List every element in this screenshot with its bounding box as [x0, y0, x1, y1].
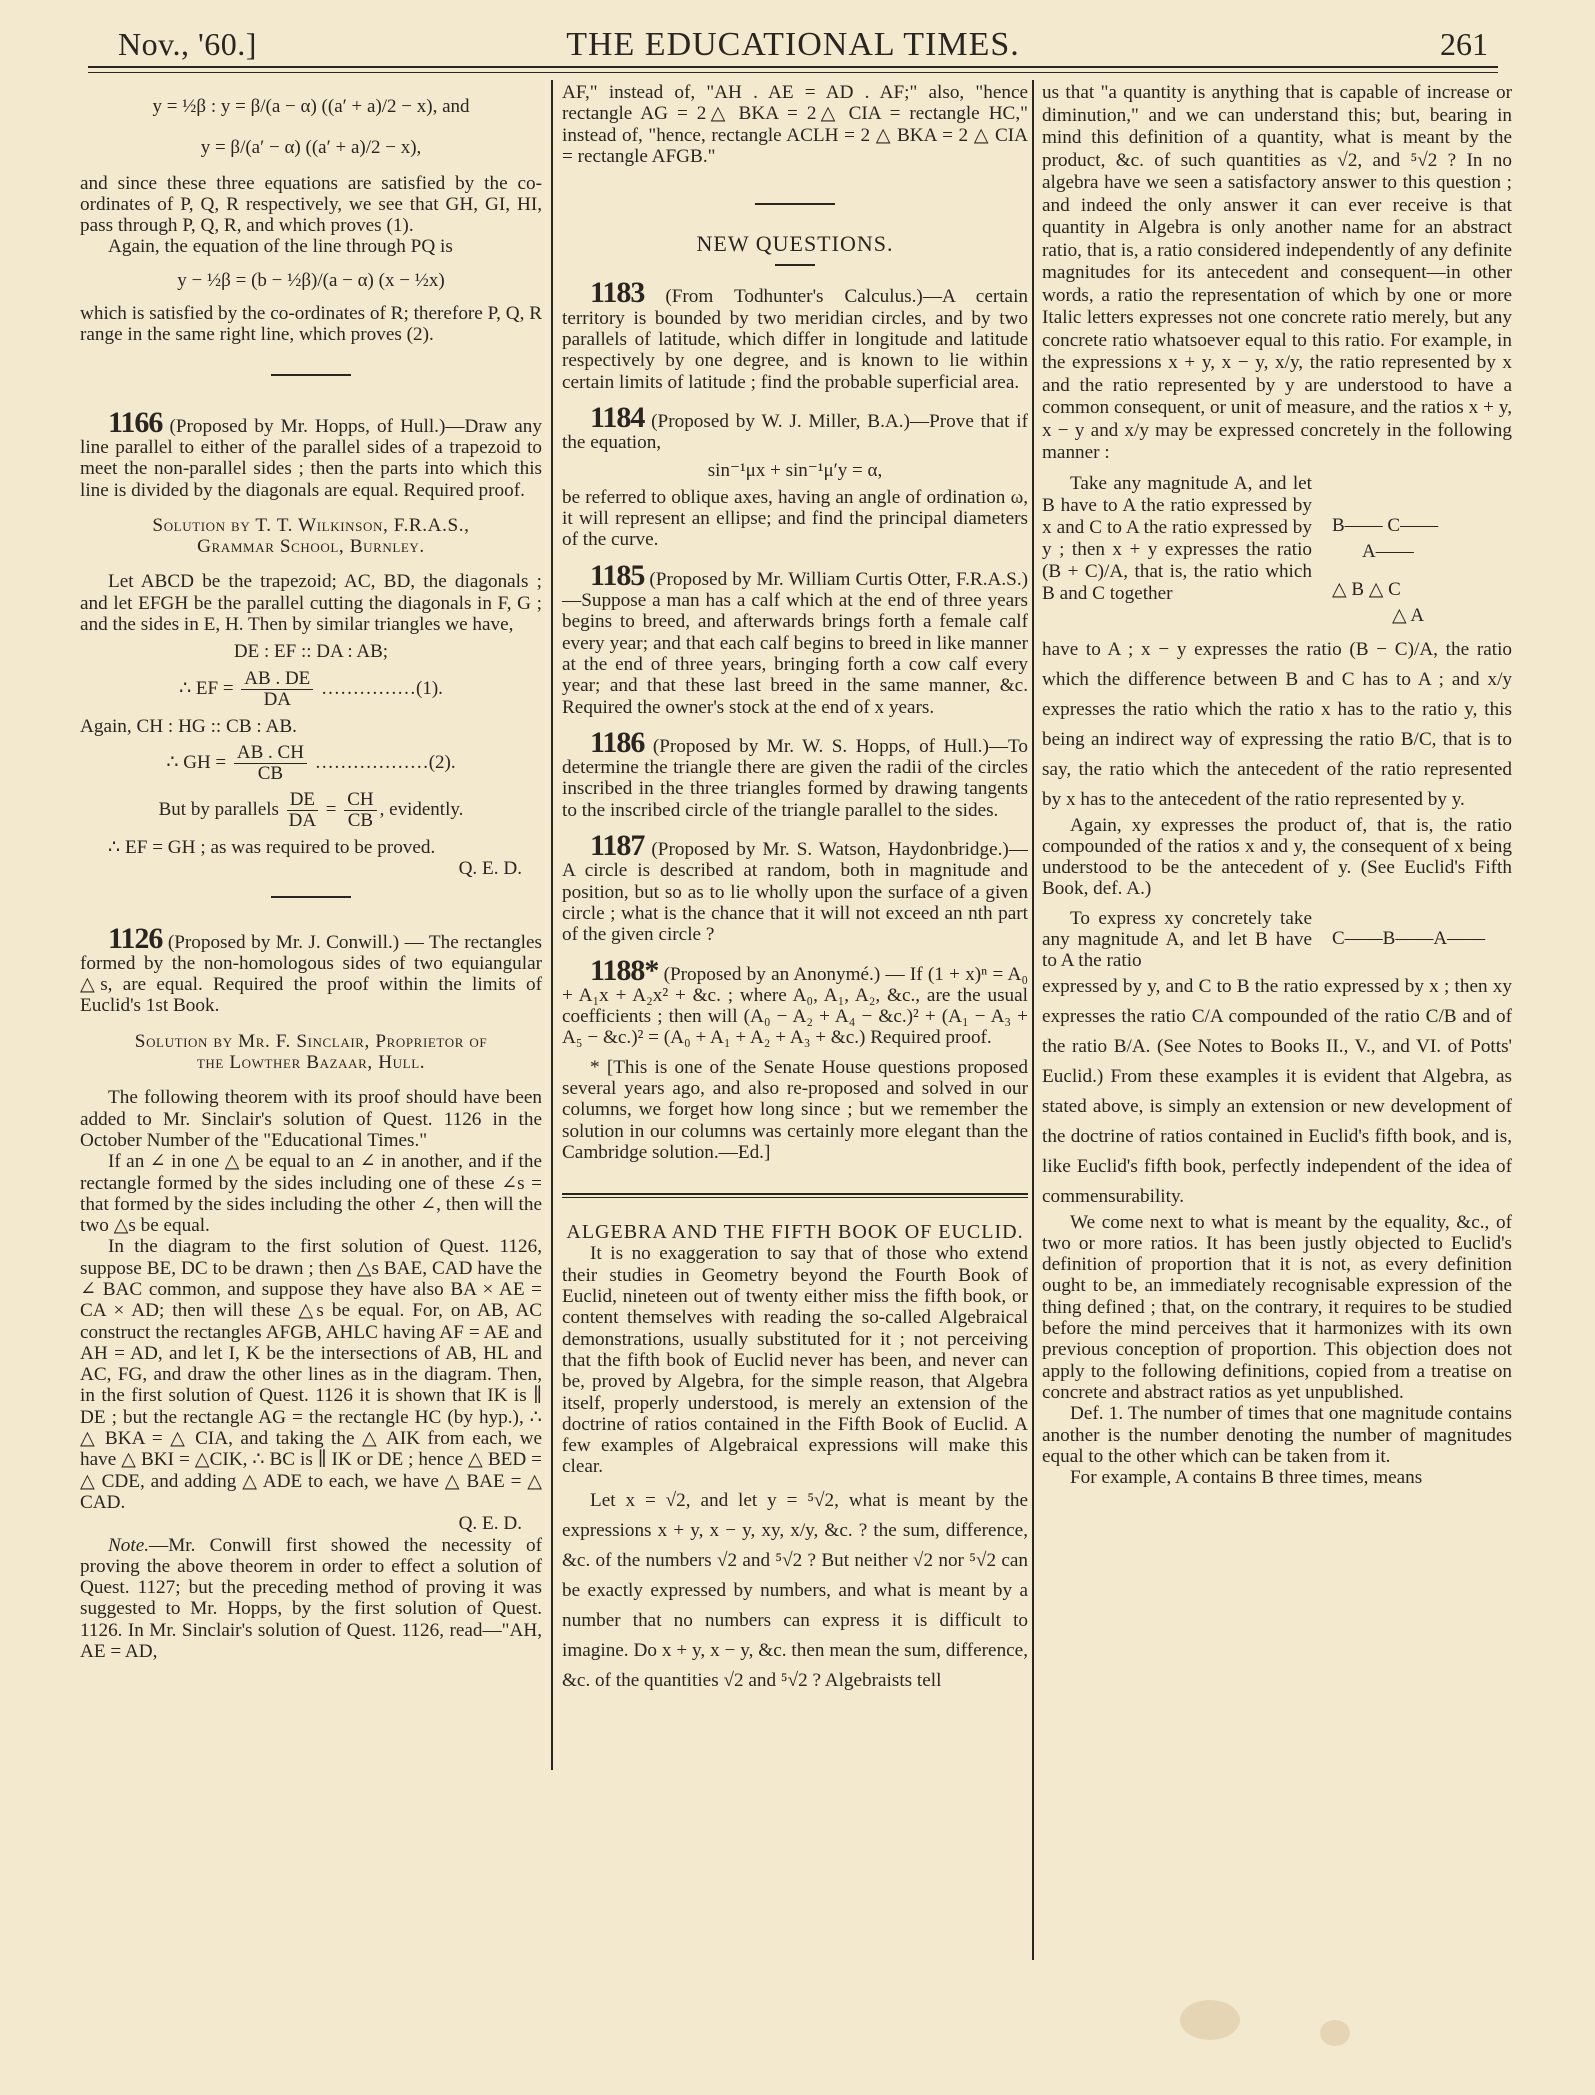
note: Note.—Mr. Conwill first showed the neces…: [80, 1535, 542, 1663]
paragraph: Let ABCD be the trapezoid; AC, BD, the d…: [80, 571, 542, 635]
paragraph: If an ∠ in one △ be equal to an ∠ in ano…: [80, 1151, 542, 1236]
paragraph: Def. 1. The number of times that one mag…: [1042, 1403, 1512, 1467]
question-1186: 1186 (Proposed by Mr. W. S. Hopps, of Hu…: [562, 732, 1028, 821]
right-column: us that "a quantity is anything that is …: [1042, 82, 1512, 1488]
column-divider: [551, 80, 553, 1770]
equation: But by parallels DEDA = CHCB, evidently.: [80, 790, 542, 831]
question-1184: 1184 (Proposed by W. J. Miller, B.A.)—Pr…: [562, 407, 1028, 454]
diagram-compounded-ratio: C——B——A——: [1312, 908, 1512, 972]
question-1188: 1188* (Proposed by an Anonymé.) — If (1 …: [562, 960, 1028, 1049]
solution-heading: Solution by T. T. Wilkinson, F.R.A.S.,: [80, 515, 542, 536]
question-number: 1166: [108, 406, 162, 439]
paragraph: We come next to what is meant by the equ…: [1042, 1212, 1512, 1404]
paragraph: For example, A contains B three times, m…: [1042, 1467, 1512, 1488]
section-rule: [271, 896, 351, 898]
paragraph: To express xy concretely take any magnit…: [1042, 908, 1312, 972]
article-title: ALGEBRA AND THE FIFTH BOOK OF EUCLID.: [562, 1222, 1028, 1243]
equation: y = β/(a′ − α) ((a′ + a)/2 − x),: [80, 137, 542, 158]
paragraph: In the diagram to the first solution of …: [80, 1236, 542, 1513]
paragraph: It is no exaggeration to say that of tho…: [562, 1243, 1028, 1477]
publication-title: THE EDUCATIONAL TIMES.: [88, 26, 1498, 64]
solution-heading: Grammar School, Burnley.: [80, 536, 542, 557]
equation: y = ½β : y = β/(a − α) ((a′ + a)/2 − x),…: [80, 96, 542, 117]
middle-column: AF," instead of, "AH . AE = AD . AF;" al…: [562, 82, 1028, 1696]
paragraph: and since these three equations are sati…: [80, 173, 542, 237]
solution-heading: Solution by Mr. F. Sinclair, Proprietor …: [80, 1031, 542, 1052]
masthead: Nov., '60.] THE EDUCATIONAL TIMES. 261: [88, 22, 1498, 66]
solution-heading: the Lowther Bazaar, Hull.: [80, 1052, 542, 1073]
qed: Q. E. D.: [80, 1513, 542, 1534]
masthead-rule: [88, 66, 1498, 68]
diagram-block: Take any magnitude A, and let B have to …: [1042, 473, 1512, 629]
masthead-rule: [88, 72, 1498, 73]
column-divider: [1032, 80, 1034, 1960]
paragraph: expressed by y, and C to B the ratio exp…: [1042, 972, 1512, 1212]
section-rule: [271, 374, 351, 376]
diagram-magnitudes: B—— C—— A—— △ B △ C △ A: [1312, 473, 1512, 629]
question-number: 1126: [108, 922, 162, 955]
paragraph: Again, CH : HG :: CB : AB.: [80, 716, 542, 737]
paragraph: us that "a quantity is anything that is …: [1042, 82, 1512, 465]
section-heading: NEW QUESTIONS.: [562, 233, 1028, 254]
paragraph: be referred to oblique axes, having an a…: [562, 487, 1028, 551]
paper-stain: [1320, 2020, 1350, 2046]
section-rule: [562, 1193, 1028, 1195]
equation: ∴ GH = AB . CHCB ………………(2).: [80, 743, 542, 784]
question-1166: 1166 (Proposed by Mr. Hopps, of Hull.)—D…: [80, 412, 542, 501]
left-column: y = ½β : y = β/(a − α) ((a′ + a)/2 − x),…: [80, 82, 542, 1662]
paragraph: AF," instead of, "AH . AE = AD . AF;" al…: [562, 82, 1028, 167]
equation: sin⁻¹μx + sin⁻¹μ′y = α,: [562, 460, 1028, 481]
section-rule: [775, 264, 815, 266]
question-1187: 1187 (Proposed by Mr. S. Watson, Haydonb…: [562, 835, 1028, 945]
paragraph: Take any magnitude A, and let B have to …: [1042, 473, 1312, 629]
paragraph: The following theorem with its proof sho…: [80, 1087, 542, 1151]
question-1185: 1185 (Proposed by Mr. William Curtis Ott…: [562, 565, 1028, 718]
equation: DE : EF :: DA : AB;: [80, 641, 542, 662]
equation: y − ½β = (b − ½β)/(a − α) (x − ½x): [80, 270, 542, 291]
editor-footnote: * [This is one of the Senate House quest…: [562, 1057, 1028, 1163]
page-number: 261: [1440, 26, 1488, 63]
paragraph: ∴ EF = GH ; as was required to be proved…: [80, 837, 542, 858]
paragraph: Again, the equation of the line through …: [80, 236, 542, 257]
section-rule: [562, 1197, 1028, 1198]
paragraph: Again, xy expresses the product of, that…: [1042, 815, 1512, 900]
equation: ∴ EF = AB . DEDA ……………(1).: [80, 669, 542, 710]
diagram-block: To express xy concretely take any magnit…: [1042, 908, 1512, 972]
paragraph: Let x = √2, and let y = ⁵√2, what is mea…: [562, 1486, 1028, 1696]
qed: Q. E. D.: [80, 858, 542, 879]
paper-stain: [1180, 2000, 1240, 2040]
paragraph: which is satisfied by the co-ordinates o…: [80, 303, 542, 346]
section-rule: [755, 203, 835, 205]
paragraph: have to A ; x − y expresses the ratio (B…: [1042, 635, 1512, 815]
question-1126: 1126 (Proposed by Mr. J. Conwill.) — The…: [80, 928, 542, 1017]
newspaper-page: Nov., '60.] THE EDUCATIONAL TIMES. 261 y…: [0, 0, 1595, 2095]
question-1183: 1183 (From Todhunter's Calculus.)—A cert…: [562, 282, 1028, 392]
